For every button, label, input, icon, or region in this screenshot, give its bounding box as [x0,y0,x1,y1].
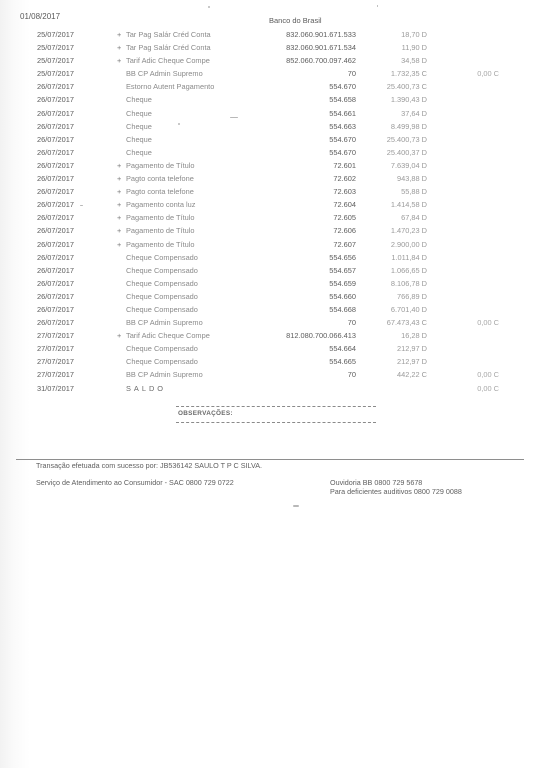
row-document: 554.663 [329,120,356,133]
table-row: 26/07/2017Cheque554.66137,64 D [0,107,544,120]
row-value: 1.390,43 D [391,93,427,106]
table-row: 26/07/2017+Pagamento de Título72.6061.47… [0,224,544,237]
row-description: Pagto conta telefone [126,172,194,185]
table-row: 25/07/2017+Tarif Adic Cheque Compe852.06… [0,54,544,67]
row-value: 37,64 D [401,107,427,120]
row-document: 554.670 [329,133,356,146]
row-description: Pagamento de Título [126,238,194,251]
row-document: 554.670 [329,146,356,159]
row-date: 26/07/2017 [37,146,74,159]
table-row: 26/07/2017Cheque554.6638.499,98 D [0,120,544,133]
row-balance: 0,00 C [477,316,499,329]
row-date: 26/07/2017 [37,107,74,120]
row-value: 25.400,73 C [387,80,427,93]
scan-speck [377,5,378,7]
table-row: 25/07/2017BB CP Admin Supremo701.732,35 … [0,67,544,80]
row-value: 25.400,73 D [387,133,427,146]
row-description: Cheque Compensado [126,290,198,303]
row-description: Estorno Autent Pagamento [126,80,214,93]
divider-top [176,406,376,407]
table-row: 27/07/2017BB CP Admin Supremo70442,22 C0… [0,368,544,381]
row-description: Cheque [126,93,152,106]
plus-marker: + [117,185,121,198]
row-value: 67,84 D [401,211,427,224]
row-document: 554.665 [329,355,356,368]
statement-date: 01/08/2017 [20,12,60,21]
row-document: 72.601 [333,159,356,172]
row-document: 554.657 [329,264,356,277]
row-document: 70 [348,368,356,381]
row-value: 943,88 D [397,172,427,185]
row-date: 26/07/2017 [37,198,74,211]
row-date: 26/07/2017 [37,277,74,290]
row-date: 26/07/2017 [37,303,74,316]
footer-divider [16,459,524,460]
row-description: Pagto conta telefone [126,185,194,198]
table-row: 27/07/2017Cheque Compensado554.665212,97… [0,355,544,368]
plus-marker: + [117,238,121,251]
row-value: 6.701,40 D [391,303,427,316]
plus-marker: + [117,211,121,224]
row-document: 72.605 [333,211,356,224]
row-description: Cheque Compensado [126,355,198,368]
row-date: 31/07/2017 [37,382,74,395]
row-description: Pagamento de Título [126,159,194,172]
row-date: 27/07/2017 [37,342,74,355]
row-document: 852.060.700.097.462 [286,54,356,67]
table-row: 26/07/2017Estorno Autent Pagamento554.67… [0,80,544,93]
row-date: 26/07/2017 [37,211,74,224]
row-document: 832.060.901.671.534 [286,41,356,54]
row-description: Cheque Compensado [126,264,198,277]
row-document: 72.606 [333,224,356,237]
row-value: 212,97 D [397,342,427,355]
plus-marker: + [117,41,121,54]
table-row: 26/07/2017+Pagamento de Título72.6072.90… [0,238,544,251]
row-description: Pagamento de Título [126,224,194,237]
scan-speck [208,6,210,8]
row-document: 554.670 [329,80,356,93]
bank-name: Banco do Brasil [269,16,322,25]
table-row: 26/07/2017+Pagamento de Título72.6017.63… [0,159,544,172]
row-description: Cheque [126,120,152,133]
table-row: 25/07/2017+Tar Pag Salár Créd Conta832.0… [0,41,544,54]
plus-marker: + [117,224,121,237]
row-document: 554.661 [329,107,356,120]
row-value: 212,97 D [397,355,427,368]
row-document: 72.607 [333,238,356,251]
row-value: 11,90 D [402,41,427,54]
row-date: 27/07/2017 [37,329,74,342]
table-row: 26/07/2017Cheque554.6581.390,43 D [0,93,544,106]
observations-section: OBSERVAÇÕES: [176,406,378,423]
row-description: Cheque [126,146,152,159]
row-date: 27/07/2017 [37,368,74,381]
row-document: 554.658 [329,93,356,106]
row-document: 554.660 [329,290,356,303]
row-document: 70 [348,67,356,80]
table-row: 26/07/2017Cheque554.67025.400,37 D [0,146,544,159]
row-date: 25/07/2017 [37,54,74,67]
row-document: 554.656 [329,251,356,264]
row-description: Cheque Compensado [126,342,198,355]
row-description: BB CP Admin Supremo [126,316,203,329]
row-description: BB CP Admin Supremo [126,67,203,80]
table-row: 31/07/2017SALDO0,00 C [0,382,544,395]
scan-speck [80,205,83,206]
row-balance: 0,00 C [477,67,499,80]
row-document: 554.664 [329,342,356,355]
table-row: 25/07/2017+Tar Pag Salár Créd Conta832.0… [0,28,544,41]
row-value: 18,70 D [401,28,427,41]
scan-speck [230,117,238,118]
row-document: 832.060.901.671.533 [286,28,356,41]
row-date: 26/07/2017 [37,172,74,185]
row-document: 72.604 [333,198,356,211]
row-balance: 0,00 C [477,368,499,381]
table-row: 26/07/2017Cheque554.67025.400,73 D [0,133,544,146]
row-value: 16,28 D [401,329,427,342]
row-description: Tarif Adic Cheque Compe [126,54,210,67]
row-date: 26/07/2017 [37,264,74,277]
plus-marker: + [117,54,121,67]
row-value: 7.639,04 D [391,159,427,172]
row-document: 72.602 [333,172,356,185]
row-description: Cheque [126,107,152,120]
row-value: 8.106,78 D [391,277,427,290]
row-date: 26/07/2017 [37,159,74,172]
row-description: Cheque [126,133,152,146]
ombudsman-contact: Ouvidoria BB 0800 729 5678 Para deficien… [330,478,462,496]
row-value: 1.066,65 D [391,264,427,277]
divider-bottom [176,422,376,423]
table-row: 26/07/2017Cheque Compensado554.6561.011,… [0,251,544,264]
row-description: Cheque Compensado [126,277,198,290]
row-document: 554.659 [329,277,356,290]
row-value: 2.900,00 D [391,238,427,251]
row-description: Cheque Compensado [126,303,198,316]
table-row: 26/07/2017+Pagto conta telefone72.60355,… [0,185,544,198]
row-date: 25/07/2017 [37,67,74,80]
table-row: 26/07/2017Cheque Compensado554.660766,89… [0,290,544,303]
row-date: 26/07/2017 [37,224,74,237]
ombudsman-phone: Ouvidoria BB 0800 729 5678 [330,478,462,487]
row-date: 26/07/2017 [37,316,74,329]
row-value: 67.473,43 C [387,316,427,329]
row-balance: 0,00 C [477,382,499,395]
row-date: 27/07/2017 [37,355,74,368]
table-row: 26/07/2017Cheque Compensado554.6598.106,… [0,277,544,290]
row-description: Pagamento conta luz [126,198,195,211]
table-row: 27/07/2017+Tarif Adic Cheque Compe812.08… [0,329,544,342]
table-row: 26/07/2017+Pagto conta telefone72.602943… [0,172,544,185]
row-document: 70 [348,316,356,329]
row-document: 812.080.700.066.413 [286,329,356,342]
row-date: 25/07/2017 [37,28,74,41]
row-date: 26/07/2017 [37,290,74,303]
row-date: 26/07/2017 [37,251,74,264]
plus-marker: + [117,329,121,342]
row-description: SALDO [126,382,166,395]
row-date: 26/07/2017 [37,93,74,106]
table-row: 27/07/2017Cheque Compensado554.664212,97… [0,342,544,355]
transactions-table: 25/07/2017+Tar Pag Salár Créd Conta832.0… [0,28,544,395]
row-value: 8.499,98 D [391,120,427,133]
sac-contact: Serviço de Atendimento ao Consumidor - S… [36,478,234,487]
row-value: 442,22 C [397,368,427,381]
row-description: Pagamento de Título [126,211,194,224]
row-value: 1.011,84 D [391,251,427,264]
hearing-impaired-phone: Para deficientes auditivos 0800 729 0088 [330,487,462,496]
row-value: 55,88 D [401,185,427,198]
table-row: 26/07/2017BB CP Admin Supremo7067.473,43… [0,316,544,329]
table-row: 26/07/2017Cheque Compensado554.6571.066,… [0,264,544,277]
row-date: 26/07/2017 [37,238,74,251]
row-date: 25/07/2017 [37,41,74,54]
transaction-confirmation: Transação efetuada com sucesso por: JB53… [36,461,262,470]
observations-label: OBSERVAÇÕES: [178,410,378,417]
plus-marker: + [117,28,121,41]
row-document: 554.668 [329,303,356,316]
table-row: 26/07/2017+Pagamento de Título72.60567,8… [0,211,544,224]
row-date: 26/07/2017 [37,133,74,146]
row-value: 1.732,35 C [391,67,427,80]
row-value: 1.470,23 D [391,224,427,237]
row-description: Cheque Compensado [126,251,198,264]
plus-marker: + [117,198,121,211]
row-value: 34,58 D [401,54,427,67]
table-row: 26/07/2017Cheque Compensado554.6686.701,… [0,303,544,316]
plus-marker: + [117,159,121,172]
row-date: 26/07/2017 [37,120,74,133]
row-description: Tar Pag Salár Créd Conta [126,41,211,54]
scan-speck [178,123,180,125]
row-description: BB CP Admin Supremo [126,368,203,381]
scan-speck [293,505,299,507]
row-document: 72.603 [333,185,356,198]
row-value: 766,89 D [397,290,427,303]
row-value: 25.400,37 D [387,146,427,159]
row-value: 1.414,58 D [391,198,427,211]
row-description: Tarif Adic Cheque Compe [126,329,210,342]
row-description: Tar Pag Salár Créd Conta [126,28,211,41]
row-date: 26/07/2017 [37,185,74,198]
row-date: 26/07/2017 [37,80,74,93]
plus-marker: + [117,172,121,185]
